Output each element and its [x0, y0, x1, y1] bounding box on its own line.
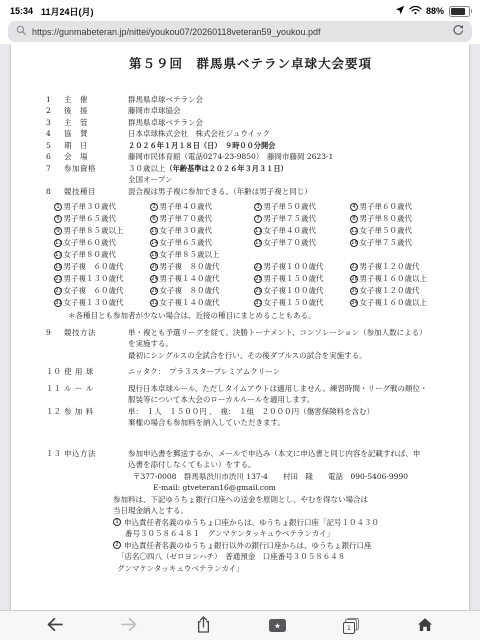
back-icon	[46, 617, 64, 635]
row-label: 期 日	[64, 140, 128, 152]
row-num: 8	[46, 186, 64, 198]
pdf-viewer[interactable]: 第５９回 群馬県ベテラン卓球大会要項 1主 催群馬県卓球ベテラン会 2後 援藤岡…	[0, 44, 480, 611]
event-row: 5男子単６５歳代 6男子単７０歳代 7男子単７５歳代 8男子単８０歳代	[54, 213, 455, 225]
event-item: 6男子単７０歳代	[150, 213, 254, 225]
event-item: 19男子複 ６０歳代	[54, 261, 150, 273]
event-item: 7男子単７５歳代	[254, 213, 350, 225]
event-item: 9男子単８５歳以上	[54, 225, 150, 237]
event-item: 10女子単３０歳代	[150, 225, 254, 237]
row-label: 参 加 料	[64, 406, 128, 429]
row-num: 2	[46, 105, 64, 117]
forward-icon	[120, 617, 138, 635]
event-item: 4男子単６０歳代	[350, 201, 412, 213]
row-label: ル ー ル	[64, 383, 128, 406]
row-num: 1	[46, 94, 64, 106]
row-value: 全国オープン	[128, 174, 455, 186]
event-item: 27女子複 ６０歳代	[54, 285, 150, 297]
event-item: 3男子単５０歳代	[254, 201, 350, 213]
event-item: 31女子複１３０歳代	[54, 297, 150, 309]
event-item: 28女子複 ８０歳代	[150, 285, 254, 297]
event-row: 31女子複１３０歳代 32女子複１４０歳代 33女子複１５０歳代 34女子複１６…	[54, 297, 455, 309]
doc-row-venue: 6会 場藤岡市民体育館（電話0274-23-9850） 藤岡市藤岡 2623-1	[46, 151, 455, 163]
row-num: １０	[46, 366, 64, 378]
payment-note: 参加料は、下記ゆうちょ銀行口座への送金を原則とし、やむを得ない場合は	[46, 494, 455, 506]
row-num: 5	[46, 140, 64, 152]
event-item: 29女子複１００歳代	[254, 285, 350, 297]
doc-row-eligibility: 7参加資格３０歳以上（年齢基準は２０２６年３月３１日）	[46, 163, 455, 175]
row-value: 単・複とも予選リーグを経て、決勝トーナメント、コンソレーション（参加人数による）…	[128, 327, 455, 362]
row-value: ２０２６年１月１８日（日） ９時００分開会	[128, 140, 455, 152]
share-icon	[196, 615, 211, 637]
doc-row-apply: １３ 申込方法 参加申込書を郵送するか、メールで申込み（本文に申込書と同じ内容を…	[46, 448, 455, 471]
bank-note: 番号３０５８６４８１ グンマケンタッキュウベテランカイ」	[46, 528, 455, 540]
back-button[interactable]	[41, 614, 69, 638]
row-value: 参加申込書を郵送するか、メールで申込み（本文に申込書と同じ内容を記載すれば、申 …	[128, 448, 455, 471]
event-item: 11女子単４０歳代	[254, 225, 350, 237]
bank-note: 1申込責任者名義のゆうちょ口座からは、ゆうちょ銀行口座「記号１０４３０	[46, 517, 455, 529]
doc-row-open: 全国オープン	[46, 174, 455, 186]
event-row: 27女子複 ６０歳代 28女子複 ８０歳代 29女子複１００歳代 30女子複１２…	[54, 285, 455, 297]
event-item: 21男子複１００歳代	[254, 261, 350, 273]
row-num: 4	[46, 128, 64, 140]
doc-row-date: 5期 日２０２６年１月１８日（日） ９時００分開会	[46, 140, 455, 152]
row-label: 参加資格	[64, 163, 128, 175]
doc-row-sponsor: 1主 催群馬県卓球ベテラン会	[46, 94, 455, 106]
event-item: 12女子単５０歳代	[350, 225, 412, 237]
tabs-icon: 1	[343, 618, 359, 634]
document-title: 第５９回 群馬県ベテラン卓球大会要項	[46, 58, 455, 70]
event-item: 26男子複１６０歳以上	[350, 273, 427, 285]
search-icon	[16, 23, 27, 41]
row-value: 群馬県卓球ベテラン会	[128, 117, 455, 129]
tab-count: 1	[347, 624, 351, 632]
event-item: 1男子単３０歳代	[54, 201, 150, 213]
url-text: https://gunmabeteran.jp/nittei/youkou07/…	[32, 27, 447, 37]
reload-button[interactable]	[452, 23, 464, 41]
event-item: 32女子複１４０歳代	[150, 297, 254, 309]
row-value: 単： １人 １５００円 、 複： １組 ２０００円（傷害保険料を含む） 棄権の場…	[128, 406, 455, 429]
row-label: 主 管	[64, 117, 128, 129]
home-icon	[417, 617, 433, 635]
home-button[interactable]	[411, 614, 439, 638]
date-label: 11月24日(月)	[41, 5, 94, 18]
share-button[interactable]	[189, 614, 217, 638]
event-item: 2男子単４０歳代	[150, 201, 254, 213]
row-label: 会 場	[64, 151, 128, 163]
row-num: １１	[46, 383, 64, 406]
row-label: 競技方法	[64, 327, 128, 362]
doc-row-rule: １１ ル ー ル 現行日本卓球ルール、ただしタイムアウトは適用しません。練習時間…	[46, 383, 455, 406]
event-item: 18女子単８５歳以上	[150, 249, 254, 261]
row-num: 9	[46, 327, 64, 362]
pdf-page: 第５９回 群馬県ベテラン卓球大会要項 1主 催群馬県卓球ベテラン会 2後 援藤岡…	[11, 44, 469, 611]
event-item: 14女子単６５歳代	[150, 237, 254, 249]
event-item: 5男子単６５歳代	[54, 213, 150, 225]
doc-row-categories: 8競技種目混合複は男子複に参加できる。（年齢は男子複と同じ）	[46, 186, 455, 198]
row-num: 6	[46, 151, 64, 163]
row-value: 混合複は男子複に参加できる。（年齢は男子複と同じ）	[128, 186, 455, 198]
row-value: 藤岡市民体育館（電話0274-23-9850） 藤岡市藤岡 2623-1	[128, 151, 455, 163]
event-item: 13女子単６０歳代	[54, 237, 150, 249]
battery-icon	[449, 6, 470, 17]
browser-window: 15:34 11月24日(月) 88% https://gunmabeteran…	[0, 0, 480, 640]
event-item: 16女子単７５歳代	[350, 237, 412, 249]
event-item: 20男子複 ８０歳代	[150, 261, 254, 273]
row-value: ３０歳以上（年齢基準は２０２６年３月３１日）	[128, 163, 455, 175]
event-row: 17女子単８０歳代 18女子単８５歳以上	[54, 249, 455, 261]
eligibility-bold-note: （年齢基準は２０２６年３月３１日）	[166, 164, 288, 173]
payment-note: 当日現金納入とする。	[46, 505, 455, 517]
bookmarks-icon	[269, 619, 286, 632]
row-num: 7	[46, 163, 64, 175]
doc-sections: 1主 催群馬県卓球ベテラン会 2後 援藤岡市卓球協会 3主 管群馬県卓球ベテラン…	[46, 94, 455, 198]
event-row: 1男子単３０歳代 2男子単４０歳代 3男子単５０歳代 4男子単６０歳代	[54, 201, 455, 213]
event-item: 30女子複１２０歳代	[350, 285, 420, 297]
doc-row-method: 9 競技方法 単・複とも予選リーグを経て、決勝トーナメント、コンソレーション（参…	[46, 327, 455, 362]
url-row: https://gunmabeteran.jp/nittei/youkou07/…	[0, 20, 480, 47]
clock: 15:34	[10, 6, 33, 16]
row-num: １２	[46, 406, 64, 429]
status-bar: 15:34 11月24日(月) 88%	[0, 0, 480, 20]
event-item: 23男子複１３０歳代	[54, 273, 150, 285]
row-label: 協 賛	[64, 128, 128, 140]
wifi-icon	[409, 5, 422, 17]
bank-note: グンマケンタッキュウベテランカイ」	[46, 563, 455, 575]
location-icon	[395, 5, 405, 17]
event-row: 9男子単８５歳以上 10女子単３０歳代 11女子単４０歳代 12女子単５０歳代	[54, 225, 455, 237]
tabs-button[interactable]: 1	[337, 614, 365, 638]
address-bar[interactable]: https://gunmabeteran.jp/nittei/youkou07/…	[8, 21, 472, 42]
event-item: 15女子単７０歳代	[254, 237, 350, 249]
bank-note: 「店名〇四八（ゼロヨンハチ） 普通預金 口座番号３０５８６４８	[46, 551, 455, 563]
row-label: 申込方法	[64, 448, 128, 471]
event-row: 19男子複 ６０歳代 20男子複 ８０歳代 21男子複１００歳代 22男子複１２…	[54, 261, 455, 273]
eligibility-text: ３０歳以上	[128, 164, 166, 173]
event-row: 13女子単６０歳代 14女子単６５歳代 15女子単７０歳代 16女子単７５歳代	[54, 237, 455, 249]
row-value: 日本卓球株式会社 株式会社ジュウイック	[128, 128, 455, 140]
event-item: 17女子単８０歳代	[54, 249, 150, 261]
bookmarks-button[interactable]	[263, 614, 291, 638]
row-label: 使 用 球	[64, 366, 128, 378]
row-value: 藤岡市卓球協会	[128, 105, 455, 117]
event-row: 23男子複１３０歳代 24男子複１４０歳代 25男子複１５０歳代 26男子複１６…	[54, 273, 455, 285]
event-item: 8男子単８０歳代	[350, 213, 412, 225]
battery-percent: 88%	[426, 6, 444, 16]
contact-email: E-mail: gtveteran16@gmail.com	[46, 482, 455, 494]
browser-toolbar: 1	[0, 610, 480, 640]
doc-row-support: 2後 援藤岡市卓球協会	[46, 105, 455, 117]
event-item: 34女子複１６０歳以上	[350, 297, 427, 309]
event-note: ＊各種目とも参加者が少ない場合は、近接の種目にまとめることもある。	[54, 310, 455, 322]
row-value: 群馬県卓球ベテラン会	[128, 94, 455, 106]
row-value: ニッタク： プラ３スタープレミアムクリーン	[128, 366, 455, 378]
event-item: 33女子複１５０歳代	[254, 297, 350, 309]
row-label: 後 援	[64, 105, 128, 117]
row-label: 主 催	[64, 94, 128, 106]
row-label: 競技種目	[64, 186, 128, 198]
forward-button[interactable]	[115, 614, 143, 638]
doc-row-organizer: 3主 管群馬県卓球ベテラン会	[46, 117, 455, 129]
row-value: 現行日本卓球ルール、ただしタイムアウトは適用しません。練習時間・リーグ戦の順位・…	[128, 383, 455, 406]
row-num: 3	[46, 117, 64, 129]
row-num: １３	[46, 448, 64, 471]
event-list: 1男子単３０歳代 2男子単４０歳代 3男子単５０歳代 4男子単６０歳代 5男子単…	[46, 201, 455, 322]
event-item: 22男子複１２０歳代	[350, 261, 420, 273]
event-item: 24男子複１４０歳代	[150, 273, 254, 285]
contact-address: 〒377-0008 群馬県渋川市渋川 137-4 村田 隆 電話 090-540…	[46, 471, 455, 483]
doc-row-ball: １０ 使 用 球 ニッタク： プラ３スタープレミアムクリーン	[46, 366, 455, 378]
bank-note: 2申込責任者名義のゆうちょ銀行以外の銀行口座からは、ゆうちょ銀行口座	[46, 540, 455, 552]
event-item: 25男子複１５０歳代	[254, 273, 350, 285]
doc-row-fee: １２ 参 加 料 単： １人 １５００円 、 複： １組 ２０００円（傷害保険料…	[46, 406, 455, 429]
doc-row-cosponsor: 4協 賛日本卓球株式会社 株式会社ジュウイック	[46, 128, 455, 140]
